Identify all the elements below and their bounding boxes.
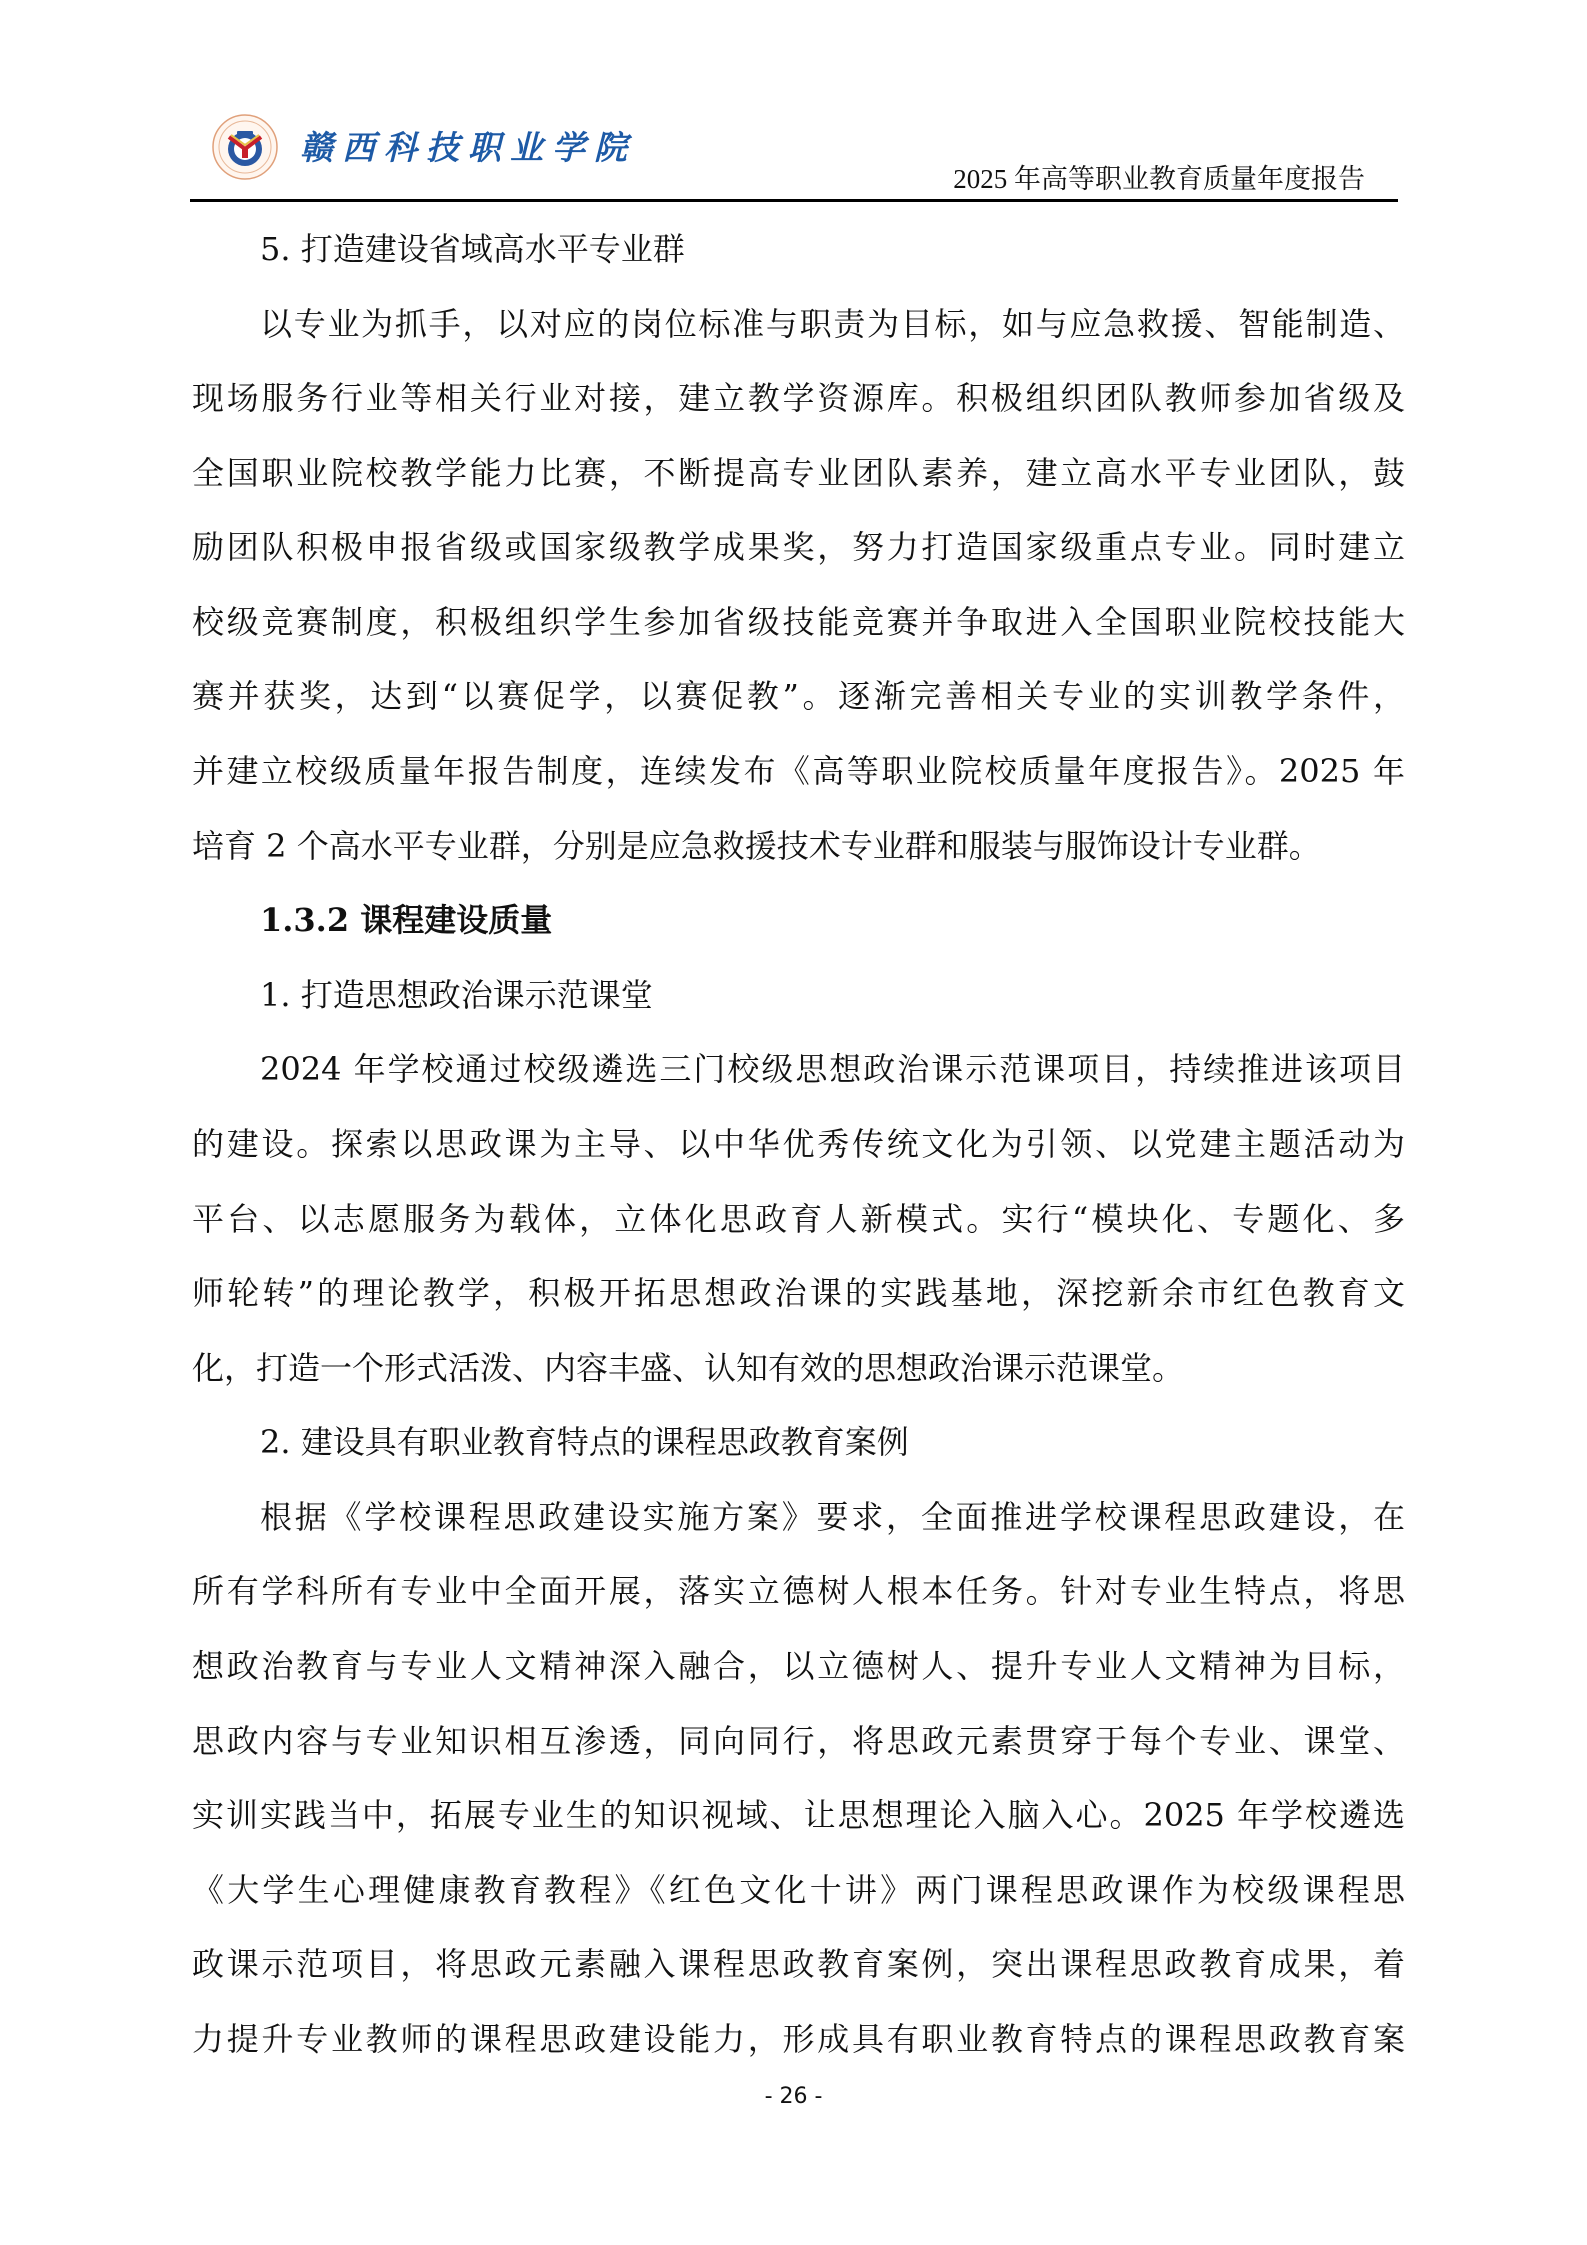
report-title: 2025 年高等职业教育质量年度报告: [953, 163, 1365, 195]
subsection-title: 2. 建设具有职业教育特点的课程思政教育案例: [192, 1405, 1405, 1480]
paragraph-line: 思政内容与专业知识相互渗透，同向同行，将思政元素贯穿于每个专业、课堂、: [192, 1704, 1405, 1779]
paragraph-line: 实训实践当中，拓展专业生的知识视域、让思想理论入脑入心。2025 年学校遴选: [192, 1778, 1405, 1853]
paragraph-line: 政课示范项目，将思政元素融入课程思政教育案例，突出课程思政教育成果，着: [192, 1927, 1405, 2002]
paragraph-line: 赛并获奖，达到“以赛促学，以赛促教”。逐渐完善相关专业的实训教学条件，: [192, 659, 1405, 734]
subsection-title: 5. 打造建设省域高水平专业群: [192, 212, 1405, 287]
paragraph-line: 所有学科所有专业中全面开展，落实立德树人根本任务。针对专业生特点，将思: [192, 1554, 1405, 1629]
page-header: 赣西科技职业学院 2025 年高等职业教育质量年度报告: [0, 0, 1587, 210]
paragraph-line: 以专业为抓手，以对应的岗位标准与职责为目标，如与应急救援、智能制造、: [192, 287, 1405, 362]
header-divider: [190, 199, 1398, 202]
paragraph-line: 全国职业院校教学能力比赛，不断提高专业团队素养，建立高水平专业团队，鼓: [192, 436, 1405, 511]
school-name: 赣西科技职业学院: [300, 128, 636, 168]
subsection-title: 1. 打造思想政治课示范课堂: [192, 958, 1405, 1033]
paragraph-line: 化，打造一个形式活泼、内容丰盛、认知有效的思想政治课示范课堂。: [192, 1331, 1405, 1406]
paragraph-line: 并建立校级质量年报告制度，连续发布《高等职业院校质量年度报告》。2025 年: [192, 734, 1405, 809]
paragraph-line: 培育 2 个高水平专业群，分别是应急救援技术专业群和服装与服饰设计专业群。: [192, 809, 1405, 884]
paragraph-line: 的建设。探索以思政课为主导、以中华优秀传统文化为引领、以党建主题活动为: [192, 1107, 1405, 1182]
page-number: - 26 -: [0, 2084, 1587, 2109]
document-body: 5. 打造建设省域高水平专业群 以专业为抓手，以对应的岗位标准与职责为目标，如与…: [192, 212, 1405, 2076]
paragraph-line: 根据《学校课程思政建设实施方案》要求，全面推进学校课程思政建设，在: [192, 1480, 1405, 1555]
paragraph-line: 想政治教育与专业人文精神深入融合，以立德树人、提升专业人文精神为目标，: [192, 1629, 1405, 1704]
paragraph-line: 励团队积极申报省级或国家级教学成果奖，努力打造国家级重点专业。同时建立: [192, 510, 1405, 585]
school-emblem-logo: [211, 113, 279, 181]
section-heading: 1.3.2 课程建设质量: [192, 883, 1405, 958]
paragraph-line: 平台、以志愿服务为载体，立体化思政育人新模式。实行“模块化、专题化、多: [192, 1182, 1405, 1257]
paragraph-line: 现场服务行业等相关行业对接，建立教学资源库。积极组织团队教师参加省级及: [192, 361, 1405, 436]
paragraph-line: 力提升专业教师的课程思政建设能力，形成具有职业教育特点的课程思政教育案: [192, 2002, 1405, 2077]
paragraph-line: 2024 年学校通过校级遴选三门校级思想政治课示范课项目，持续推进该项目: [192, 1032, 1405, 1107]
paragraph-line: 师轮转”的理论教学，积极开拓思想政治课的实践基地，深挖新余市红色教育文: [192, 1256, 1405, 1331]
paragraph-line: 校级竞赛制度，积极组织学生参加省级技能竞赛并争取进入全国职业院校技能大: [192, 585, 1405, 660]
paragraph-line: 《大学生心理健康教育教程》《红色文化十讲》两门课程思政课作为校级课程思: [192, 1853, 1405, 1928]
